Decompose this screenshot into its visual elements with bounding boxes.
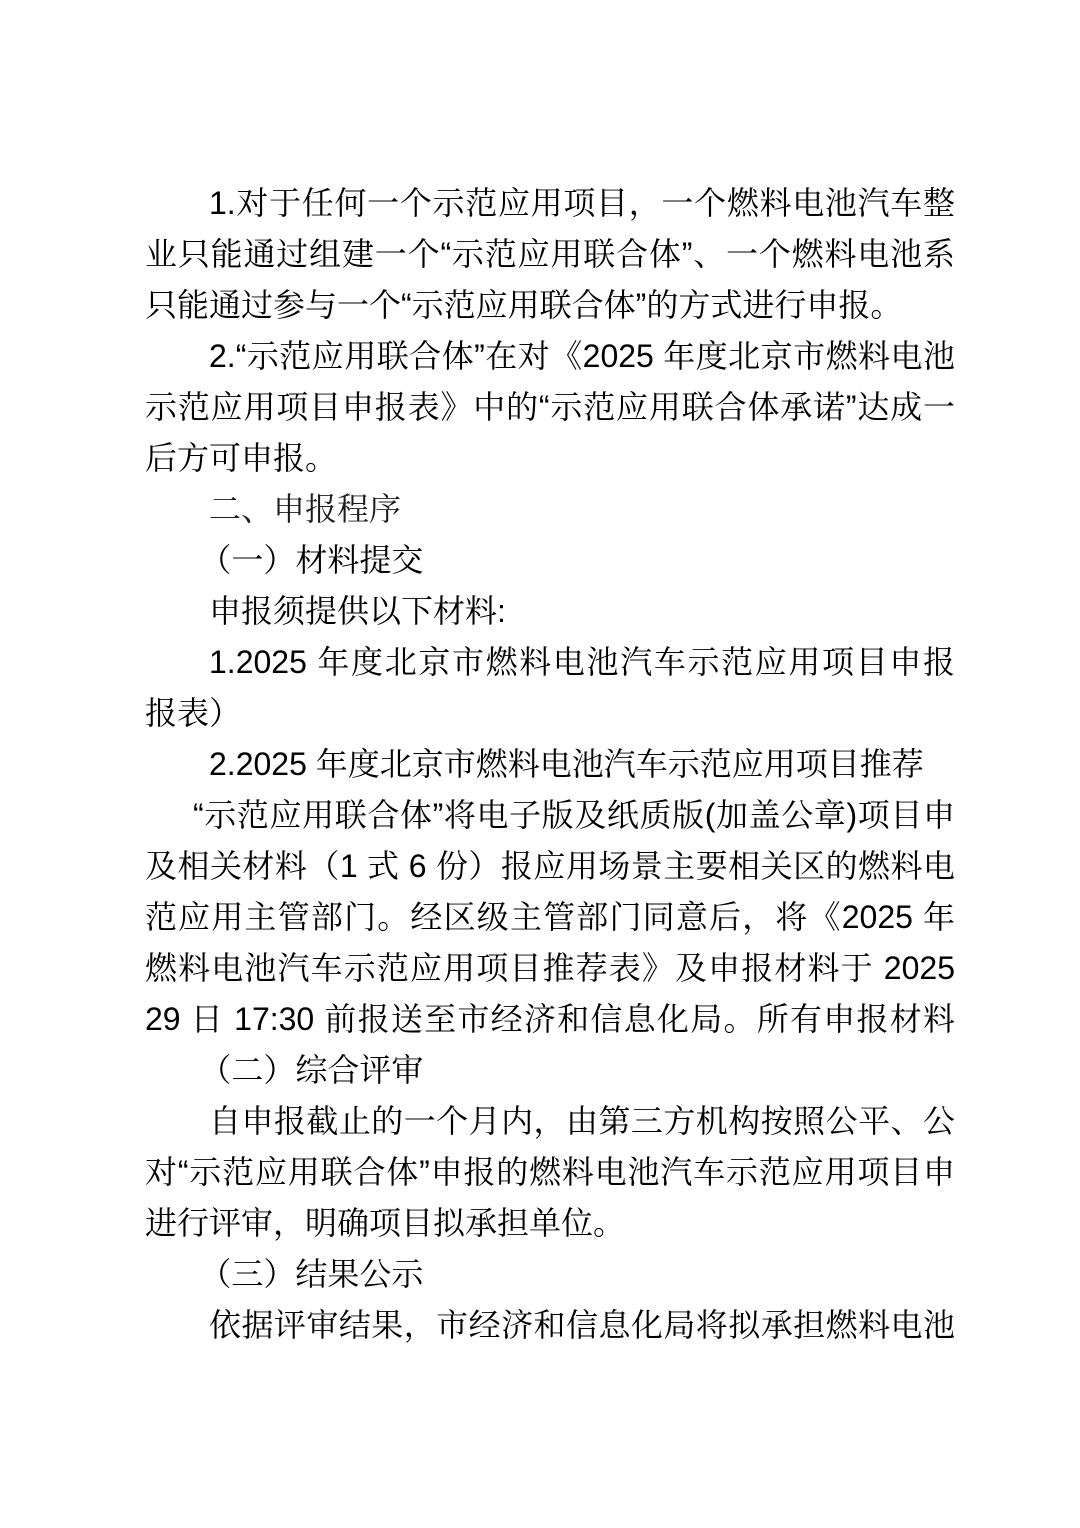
document-line: 1.对于任何一个示范应用项目，一个燃料电池汽车整车制造企 (145, 178, 955, 229)
document-line: （二）综合评审 (145, 1045, 955, 1096)
document-line: 1.2025 年度北京市燃料电池汽车示范应用项目申报书（含申 (145, 637, 955, 688)
document-line: 自申报截止的一个月内，由第三方机构按照公平、公正原则， (145, 1096, 955, 1147)
document-line: （三）结果公示 (145, 1249, 955, 1300)
document-line: 只能通过参与一个“示范应用联合体”的方式进行申报。 (145, 280, 955, 331)
document-line: “示范应用联合体”将电子版及纸质版(加盖公章)项目申报书 (145, 790, 955, 841)
document-line: 燃料电池汽车示范应用项目推荐表》及申报材料于 2025 年 9 月 (145, 943, 955, 994)
document-text: 1.对于任何一个示范应用项目，一个燃料电池汽车整车制造企业只能通过组建一个“示范… (145, 178, 955, 1351)
document-line: 对“示范应用联合体”申报的燃料电池汽车示范应用项目申报材料 (145, 1147, 955, 1198)
document-line: 后方可申报。 (145, 433, 955, 484)
document-line: 依据评审结果，市经济和信息化局将拟承担燃料电池汽车示范 (145, 1300, 955, 1351)
document-line: 申报须提供以下材料: (145, 586, 955, 637)
document-line: 范应用主管部门。经区级主管部门同意后，将《2025 年度北京市 (145, 892, 955, 943)
document-line: 业只能通过组建一个“示范应用联合体”、一个燃料电池系统企业 (145, 229, 955, 280)
document-line: 进行评审，明确项目拟承担单位。 (145, 1198, 955, 1249)
document-line: 报表） (145, 688, 955, 739)
document-line: 2.2025 年度北京市燃料电池汽车示范应用项目推荐表 (145, 739, 955, 790)
document-line: 及相关材料（1 式 6 份）报应用场景主要相关区的燃料电池汽车示 (145, 841, 955, 892)
document-line: 二、申报程序 (145, 484, 955, 535)
document-line: 示范应用项目申报表》中的“示范应用联合体承诺”达成一致意见 (145, 382, 955, 433)
document-line: 2.“示范应用联合体”在对《2025 年度北京市燃料电池汽车 (145, 331, 955, 382)
document-line: 29 日 17:30 前报送至市经济和信息化局。所有申报材料不予退回。 (145, 994, 955, 1045)
document-page: 1.对于任何一个示范应用项目，一个燃料电池汽车整车制造企业只能通过组建一个“示范… (0, 0, 1080, 1528)
document-line: （一）材料提交 (145, 535, 955, 586)
